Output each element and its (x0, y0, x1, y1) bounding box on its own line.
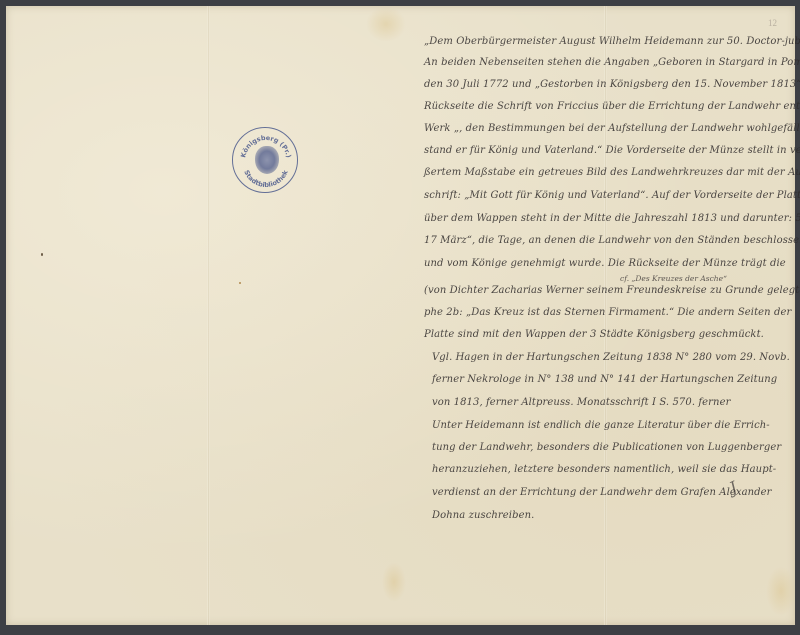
text-line: Unter Heidemann ist endlich die ganze Li… (432, 420, 770, 431)
text-line: An beiden Nebenseiten stehen die Angaben… (424, 57, 800, 68)
page-number: 12 (768, 18, 777, 28)
text-line: Rückseite die Schrift von Friccius über … (424, 101, 800, 112)
interlinear-note: cf. „Des Kreuzes der Asche“ (620, 274, 727, 283)
scan-frame: 12 Königsberg (Pr.) Stadtbibliothek (0, 0, 800, 635)
paper-stain (366, 6, 406, 42)
text-line: den 30 Juli 1772 und „Gestorben in König… (424, 79, 800, 90)
text-line: ferner Nekrologe in N° 138 und N° 141 de… (432, 374, 777, 385)
text-line: „Dem Oberbürgermeister August Wilhelm He… (424, 36, 800, 47)
svg-text:Königsberg (Pr.): Königsberg (Pr.) (239, 134, 292, 159)
stamp-text: Königsberg (Pr.) Stadtbibliothek (233, 128, 299, 194)
left-fold-crease (207, 6, 210, 625)
text-line: Vgl. Hagen in der Hartungschen Zeitung 1… (432, 352, 790, 363)
text-line: ßertem Maßstabe ein getreues Bild des La… (424, 167, 800, 178)
text-line: schrift: „Mit Gott für König und Vaterla… (424, 190, 800, 201)
paper-stain (766, 566, 796, 616)
text-line: Werk „, den Bestimmungen bei der Aufstel… (424, 123, 800, 134)
text-line: 17 März“, die Tage, an denen die Landweh… (424, 235, 800, 246)
ink-speck (239, 282, 241, 284)
library-stamp: Königsberg (Pr.) Stadtbibliothek (232, 127, 298, 193)
text-line: und vom Könige genehmigt wurde. Die Rück… (424, 258, 786, 269)
text-line: (von Dichter Zacharias Werner seinem Fre… (424, 285, 800, 296)
paper-stain (382, 562, 406, 602)
text-line: Platte sind mit den Wappen der 3 Städte … (424, 329, 764, 340)
text-line: phe 2b: „Das Kreuz ist das Sternen Firma… (424, 307, 791, 318)
text-line: von 1813, ferner Altpreuss. Monatsschrif… (432, 397, 730, 408)
text-line: Dohna zuschreiben. (432, 510, 534, 521)
text-line: verdienst an der Errichtung der Landwehr… (432, 487, 772, 498)
text-line: über dem Wappen steht in der Mitte die J… (424, 213, 800, 224)
ink-speck (41, 253, 43, 256)
text-line: stand er für König und Vaterland.“ Die V… (424, 145, 800, 156)
text-line: tung der Landwehr, besonders die Publica… (432, 442, 781, 453)
text-line: heranzuziehen, letztere besonders nament… (432, 464, 776, 475)
svg-text:Stadtbibliothek: Stadtbibliothek (242, 168, 290, 189)
